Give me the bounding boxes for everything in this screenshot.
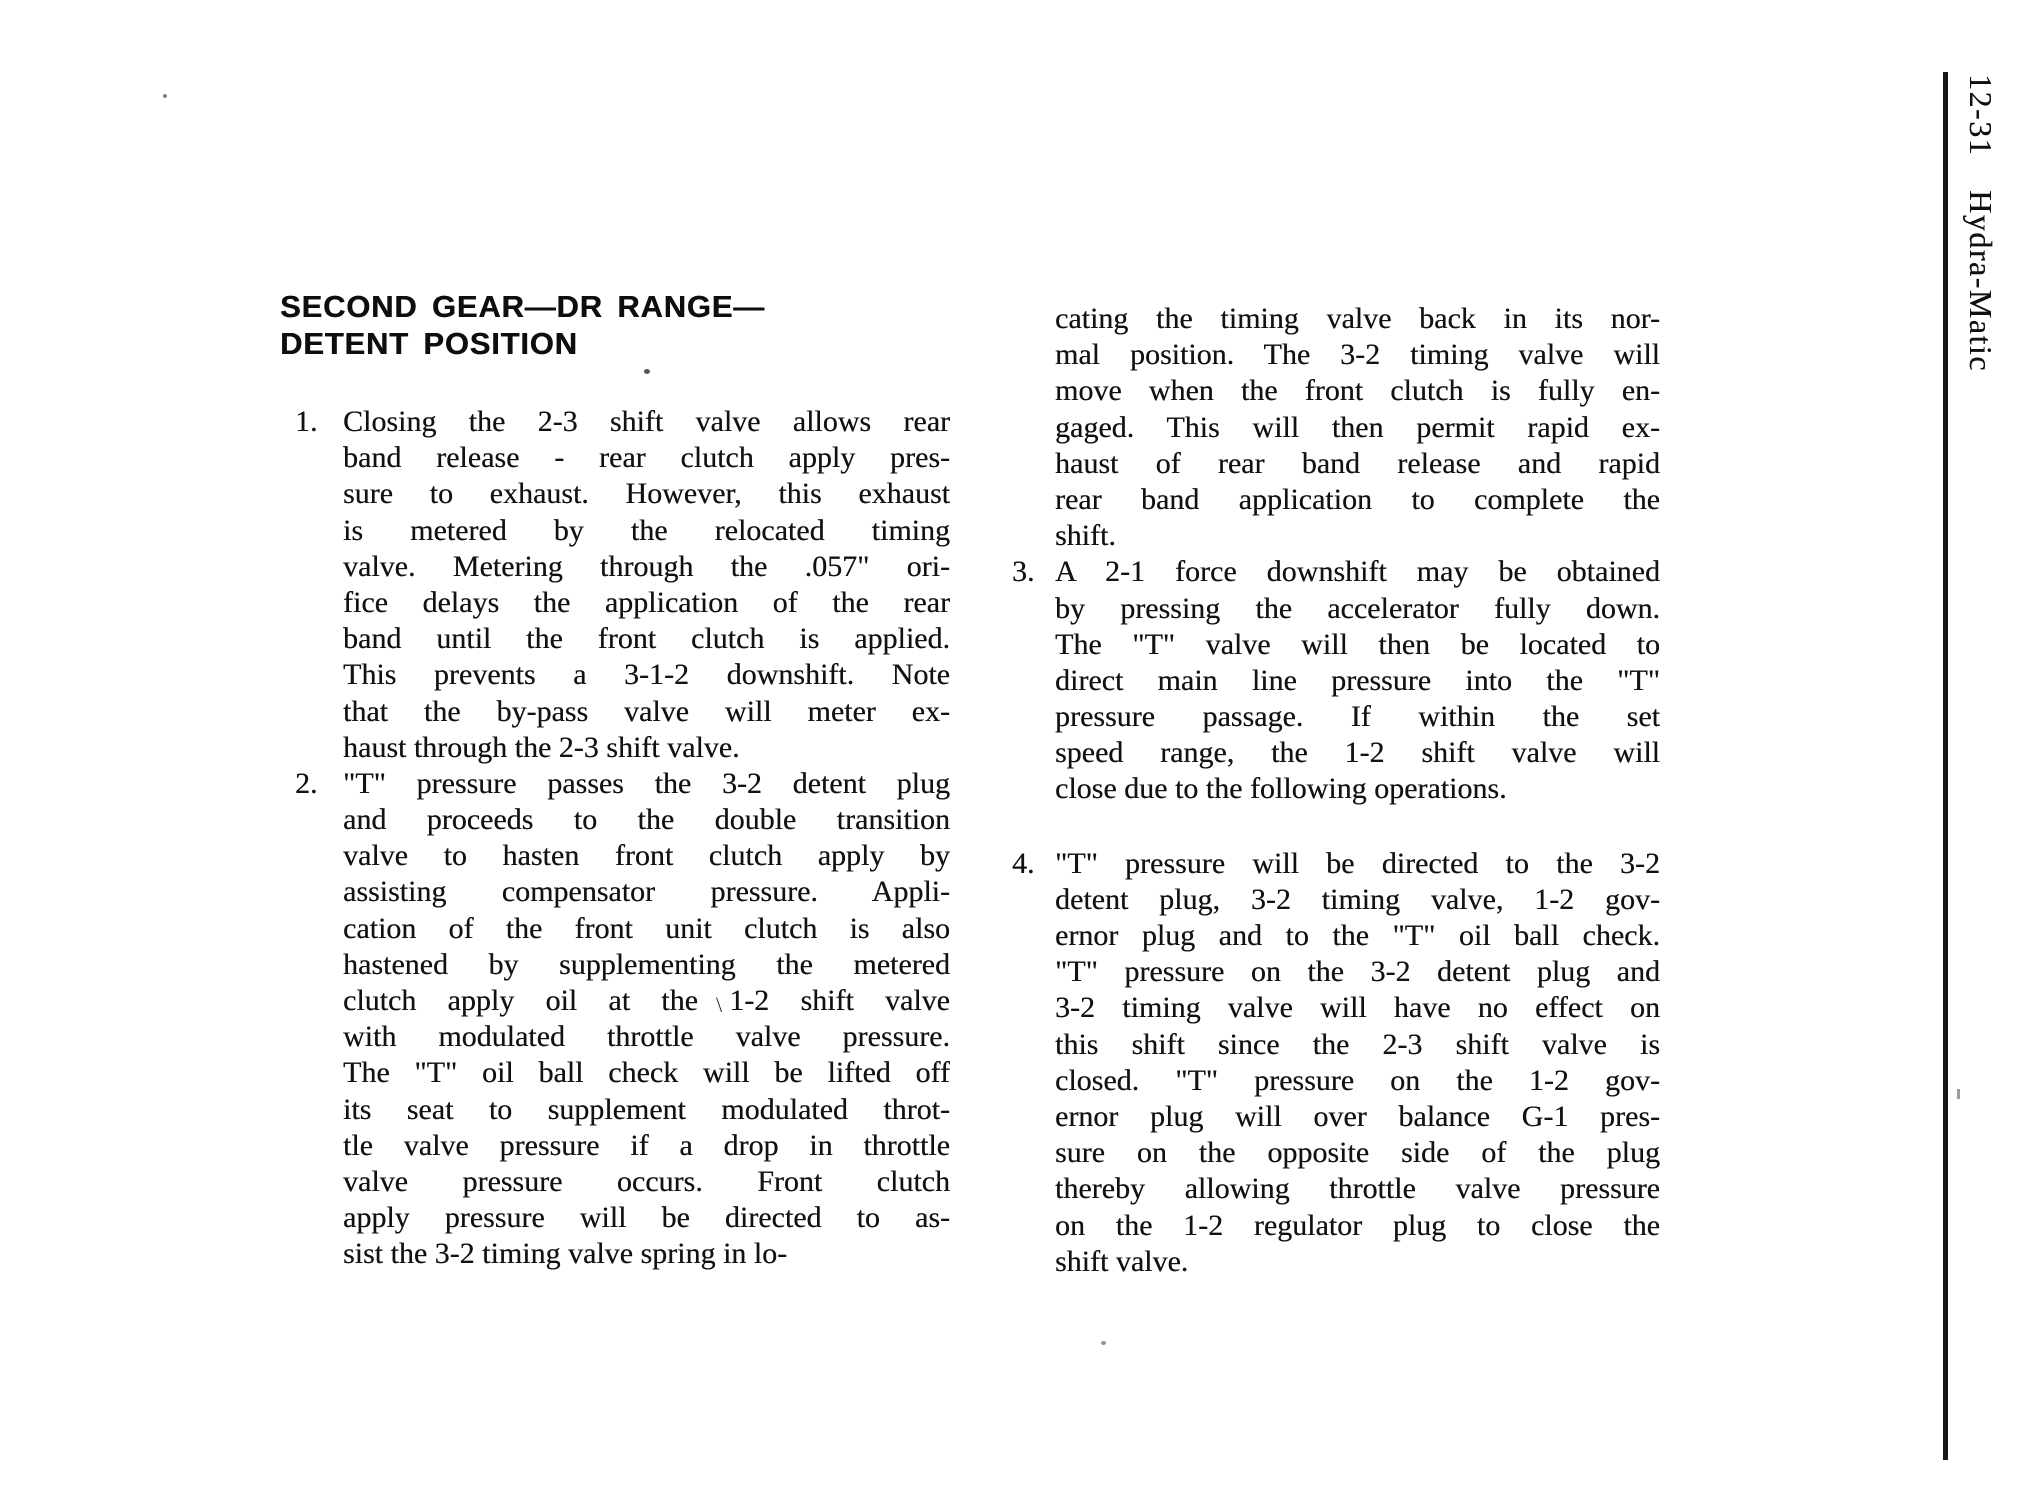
text-line: detent plug, 3-2 timing valve, 1-2 gov- <box>1055 882 1660 918</box>
text-line: "T" pressure will be directed to the 3-2 <box>1055 846 1660 882</box>
text-line: on the 1-2 regulator plug to close the <box>1055 1208 1660 1244</box>
text-line: closed. "T" pressure on the 1-2 gov- <box>1055 1063 1660 1099</box>
page-number: 12-31 <box>1963 74 1999 156</box>
text-line: clutch apply oil at the 1-2 shift valve <box>343 983 950 1019</box>
scan-mark: \ <box>716 994 722 1016</box>
text-line: A 2-1 force downshift may be obtained <box>1055 554 1660 590</box>
list-item: 4."T" pressure will be directed to the 3… <box>1012 846 1660 1280</box>
list-item: 2."T" pressure passes the 3-2 detent plu… <box>295 766 950 1273</box>
text-line: pressure passage. If within the set <box>1055 699 1660 735</box>
scan-speck <box>1957 1089 1960 1099</box>
text-line: by pressing the accelerator fully down. <box>1055 591 1660 627</box>
text-line: The "T" valve will then be located to <box>1055 627 1660 663</box>
text-line: "T" pressure passes the 3-2 detent plug <box>343 766 950 802</box>
left-column: 1.Closing the 2-3 shift valve allows rea… <box>295 404 950 1273</box>
list-item: 1.Closing the 2-3 shift valve allows rea… <box>295 404 950 766</box>
text-line: valve pressure occurs. Front clutch <box>343 1164 950 1200</box>
section-heading: SECOND GEAR—DR RANGE— DETENT POSITION <box>280 288 765 362</box>
heading-line-1: SECOND GEAR—DR RANGE— <box>280 288 765 325</box>
text-line: valve. Metering through the .057" ori- <box>343 549 950 585</box>
list-number: 1. <box>295 404 318 440</box>
margin-vertical-label: 12-31Hydra-Matic <box>1962 74 1999 372</box>
text-line: The "T" oil ball check will be lifted of… <box>343 1055 950 1091</box>
text-line: band until the front clutch is applied. <box>343 621 950 657</box>
heading-line-2: DETENT POSITION <box>280 325 765 362</box>
text-line: that the by-pass valve will meter ex- <box>343 694 950 730</box>
text-line: cating the timing valve back in its nor- <box>1055 301 1660 337</box>
text-line: speed range, the 1-2 shift valve will <box>1055 735 1660 771</box>
margin-rule <box>1943 72 1948 1460</box>
text-line: gaged. This will then permit rapid ex- <box>1055 410 1660 446</box>
text-line: valve to hasten front clutch apply by <box>343 838 950 874</box>
text-line: 3-2 timing valve will have no effect on <box>1055 990 1660 1026</box>
text-line: fice delays the application of the rear <box>343 585 950 621</box>
text-line: haust through the 2-3 shift valve. <box>343 730 950 766</box>
scan-speck <box>1101 1341 1106 1345</box>
text-line: its seat to supplement modulated throt- <box>343 1092 950 1128</box>
scan-speck <box>163 94 167 98</box>
text-line: sure to exhaust. However, this exhaust <box>343 476 950 512</box>
text-line: assisting compensator pressure. Appli- <box>343 874 950 910</box>
text-line: hastened by supplementing the metered <box>343 947 950 983</box>
text-line: direct main line pressure into the "T" <box>1055 663 1660 699</box>
text-line: sure on the opposite side of the plug <box>1055 1135 1660 1171</box>
text-line: haust of rear band release and rapid <box>1055 446 1660 482</box>
text-line: is metered by the relocated timing <box>343 513 950 549</box>
text-line: Closing the 2-3 shift valve allows rear <box>343 404 950 440</box>
text-line: close due to the following operations. <box>1055 771 1660 807</box>
paragraph: cating the timing valve back in its nor-… <box>1012 301 1660 554</box>
text-line: this shift since the 2-3 shift valve is <box>1055 1027 1660 1063</box>
text-line: cation of the front unit clutch is also <box>343 911 950 947</box>
list-number: 4. <box>1012 846 1035 882</box>
text-line: ernor plug will over balance G-1 pres- <box>1055 1099 1660 1135</box>
text-line: band release - rear clutch apply pres- <box>343 440 950 476</box>
list-item: 3.A 2-1 force downshift may be obtainedb… <box>1012 554 1660 807</box>
section-title: Hydra-Matic <box>1963 190 1999 372</box>
text-line: rear band application to complete the <box>1055 482 1660 518</box>
text-line: This prevents a 3-1-2 downshift. Note <box>343 657 950 693</box>
text-line: "T" pressure on the 3-2 detent plug and <box>1055 954 1660 990</box>
text-line: shift valve. <box>1055 1244 1660 1280</box>
text-line: mal position. The 3-2 timing valve will <box>1055 337 1660 373</box>
text-line: sist the 3-2 timing valve spring in lo- <box>343 1236 950 1272</box>
list-number: 3. <box>1012 554 1035 590</box>
text-line: move when the front clutch is fully en- <box>1055 373 1660 409</box>
text-line: with modulated throttle valve pressure. <box>343 1019 950 1055</box>
right-column: cating the timing valve back in its nor-… <box>1012 301 1660 1280</box>
scanned-page: SECOND GEAR—DR RANGE— DETENT POSITION 1.… <box>0 0 2019 1511</box>
text-line: and proceeds to the double transition <box>343 802 950 838</box>
list-number: 2. <box>295 766 318 802</box>
scan-speck <box>644 369 650 374</box>
text-line: thereby allowing throttle valve pressure <box>1055 1171 1660 1207</box>
text-line: tle valve pressure if a drop in throttle <box>343 1128 950 1164</box>
text-line: apply pressure will be directed to as- <box>343 1200 950 1236</box>
text-line: shift. <box>1055 518 1660 554</box>
text-line: ernor plug and to the "T" oil ball check… <box>1055 918 1660 954</box>
